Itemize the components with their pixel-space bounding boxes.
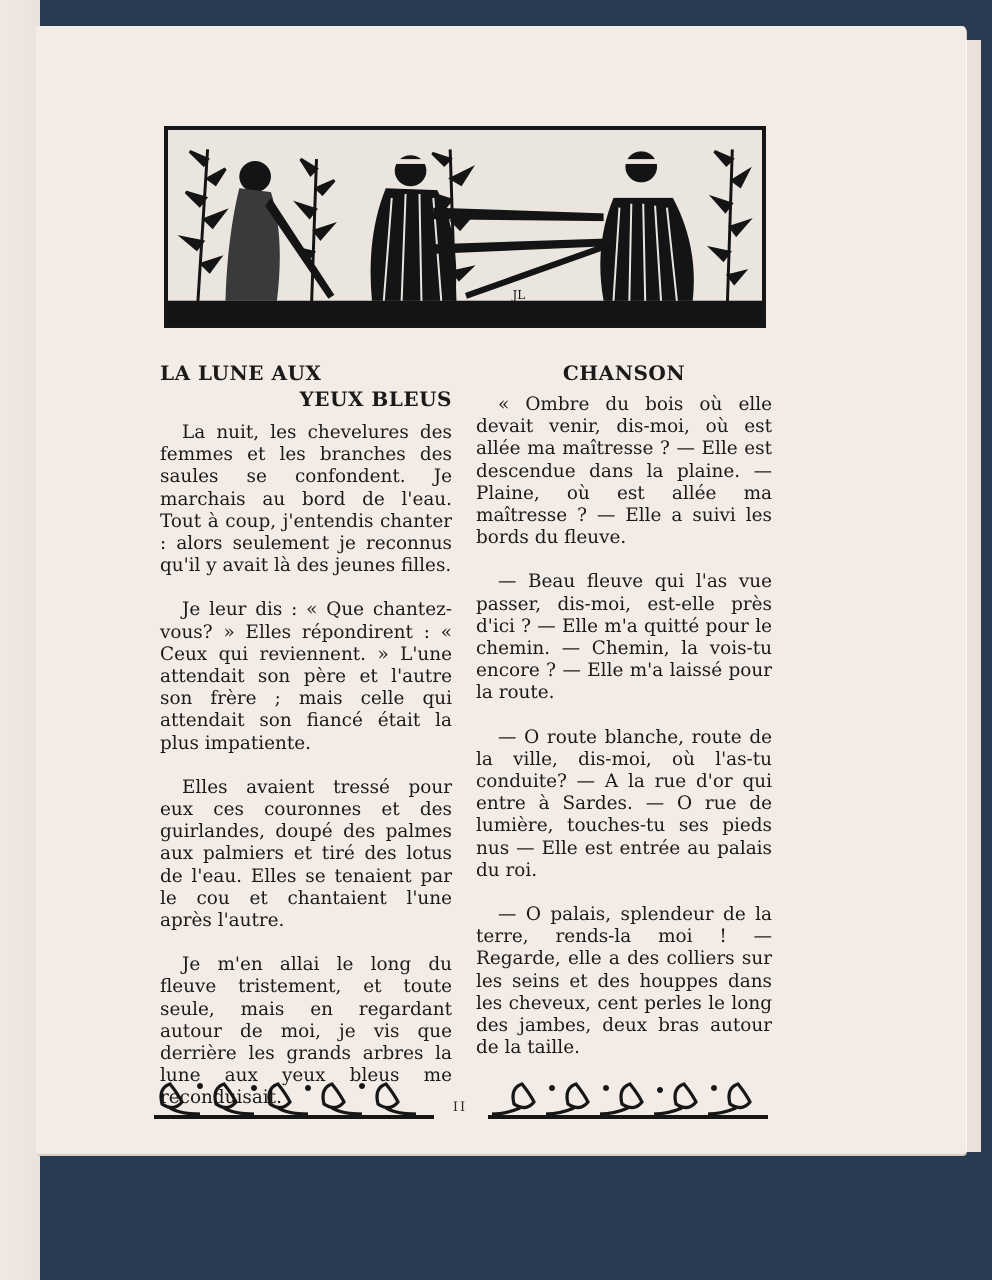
paragraph: Elles avaient tressé pour eux ces couron… <box>160 777 452 932</box>
poem-title-chanson: Chanson <box>476 360 772 386</box>
paragraph: « Ombre du bois où elle devait venir, di… <box>476 394 772 549</box>
page-footer: II <box>150 1070 780 1130</box>
woodcut-illustration: JL <box>164 126 766 328</box>
page-number: II <box>440 1100 480 1115</box>
paragraph: Je leur dis : « Que chantez-vous? » Elle… <box>160 599 452 754</box>
title-line-1: La lune aux <box>160 361 321 385</box>
facing-page-edge <box>0 0 40 1280</box>
heart-leaf-vine-icon <box>154 1076 434 1120</box>
left-column: La lune aux yeux bleus La nuit, les chev… <box>160 360 452 1132</box>
paragraph: — Beau fleuve qui l'as vue passer, dis-m… <box>476 571 772 704</box>
poem-title-la-lune: La lune aux yeux bleus <box>160 360 452 412</box>
paragraph: — O route blanche, route de la ville, di… <box>476 727 772 882</box>
title-line-2: yeux bleus <box>160 386 452 412</box>
right-column: Chanson « Ombre du bois où elle devait v… <box>476 360 772 1081</box>
page-stack-edge <box>966 40 981 1152</box>
paragraph: — O palais, splendeur de la terre, rends… <box>476 904 772 1059</box>
paragraph: La nuit, les chevelures des femmes et le… <box>160 422 452 577</box>
svg-text:JL: JL <box>512 288 526 302</box>
heart-leaf-vine-icon <box>488 1076 768 1120</box>
three-figures-laurel-icon: JL <box>168 130 762 324</box>
